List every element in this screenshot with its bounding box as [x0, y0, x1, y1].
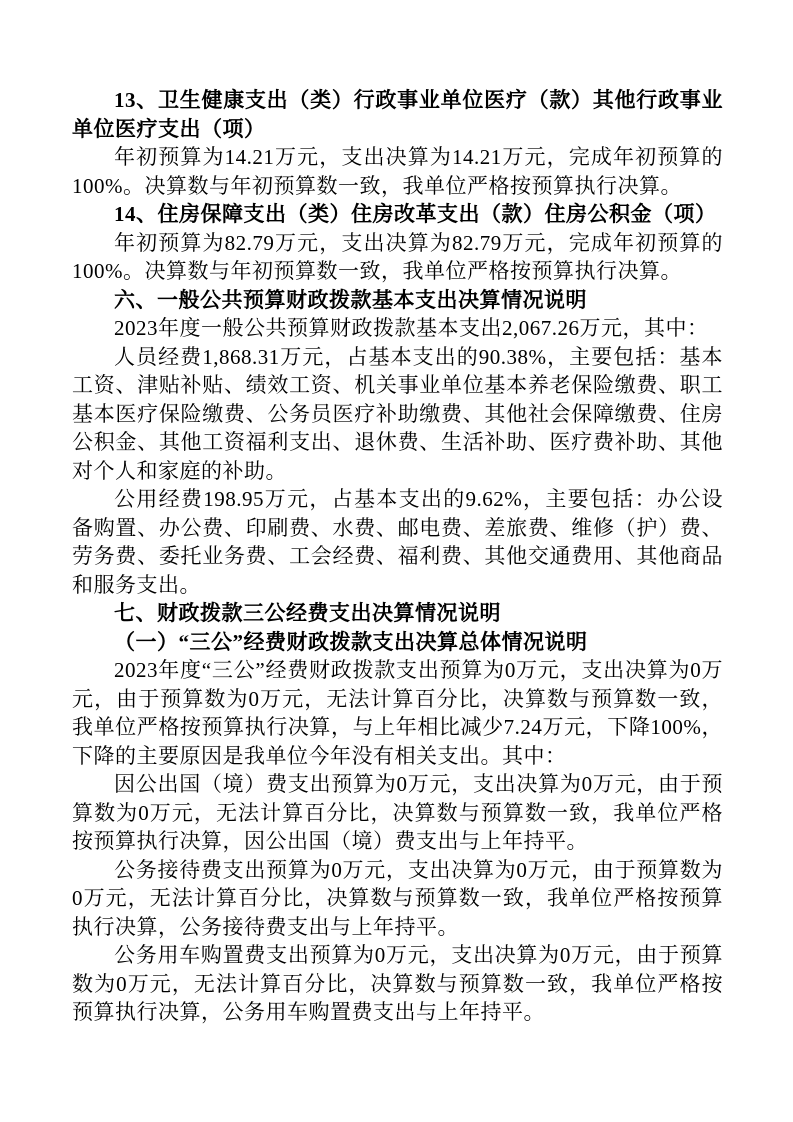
paragraph-sangong-overview: 2023年度“三公”经费财政拨款支出预算为0万元，支出决算为0万元，由于预算数为…: [72, 656, 723, 770]
document-page: 13、卫生健康支出（类）行政事业单位医疗（款）其他行政事业单位医疗支出（项） 年…: [0, 0, 793, 1122]
section-heading-seven: 七、财政拨款三公经费支出决算情况说明: [72, 599, 723, 628]
section-heading-six: 六、一般公共预算财政拨款基本支出决算情况说明: [72, 286, 723, 315]
paragraph-overseas-travel: 因公出国（境）费支出预算为0万元，支出决算为0万元，由于预算数为0万元，无法计算…: [72, 770, 723, 856]
paragraph-item-13-detail: 年初预算为14.21万元，支出决算为14.21万元，完成年初预算的100%。决算…: [72, 143, 723, 200]
section-heading-item-14: 14、住房保障支出（类）住房改革支出（款）住房公积金（项）: [72, 200, 723, 229]
paragraph-public-funds: 公用经费198.95万元，占基本支出的9.62%，主要包括：办公设备购置、办公费…: [72, 485, 723, 599]
section-heading-item-13: 13、卫生健康支出（类）行政事业单位医疗（款）其他行政事业单位医疗支出（项）: [72, 86, 723, 143]
paragraph-official-reception: 公务接待费支出预算为0万元，支出决算为0万元，由于预算数为0万元，无法计算百分比…: [72, 856, 723, 942]
paragraph-item-14-detail: 年初预算为82.79万元，支出决算为82.79万元，完成年初预算的100%。决算…: [72, 229, 723, 286]
paragraph-vehicle-purchase: 公务用车购置费支出预算为0万元，支出决算为0万元，由于预算数为0万元，无法计算百…: [72, 941, 723, 1027]
subsection-heading-one: （一）“三公”经费财政拨款支出决算总体情况说明: [72, 628, 723, 657]
paragraph-basic-expenditure-total: 2023年度一般公共预算财政拨款基本支出2,067.26万元，其中：: [72, 314, 723, 343]
paragraph-personnel-funds: 人员经费1,868.31万元，占基本支出的90.38%，主要包括：基本工资、津贴…: [72, 343, 723, 486]
